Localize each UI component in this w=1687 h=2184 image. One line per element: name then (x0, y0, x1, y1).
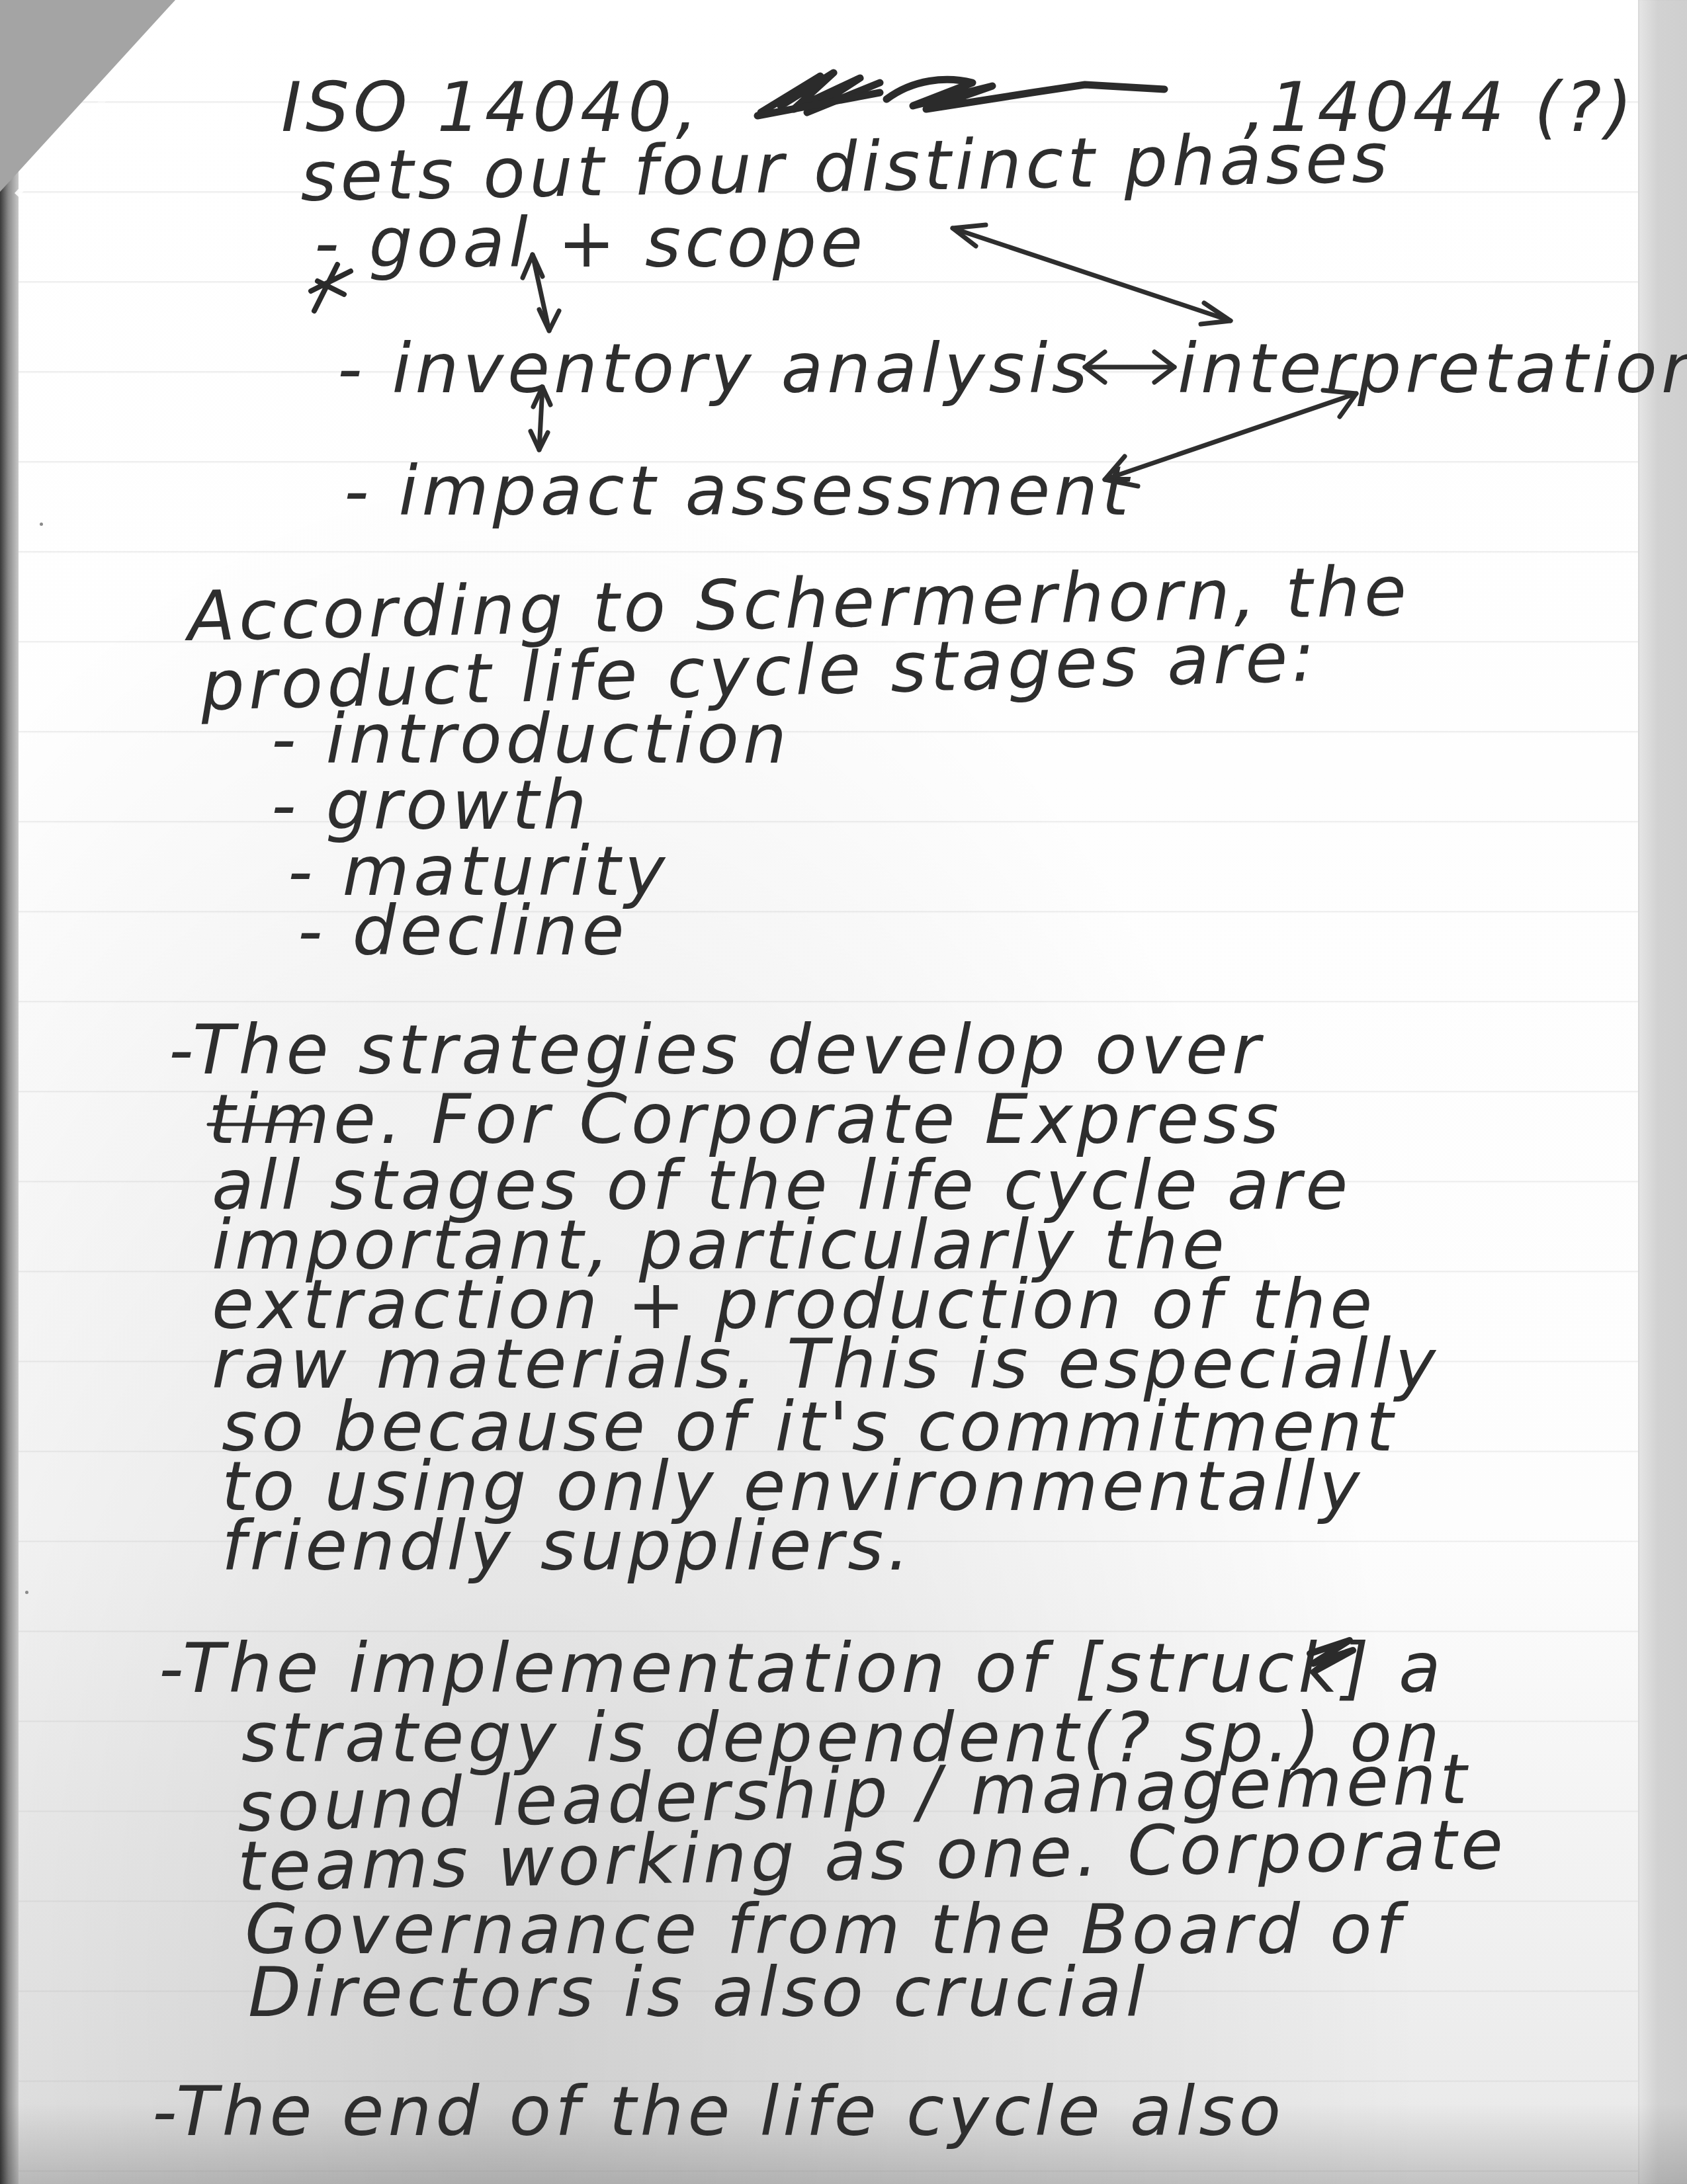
strategies-line-9: friendly suppliers. (222, 1511, 914, 1580)
phase-interpretation: interpretation (1178, 334, 1687, 403)
stage-growth: - growth (271, 771, 591, 839)
phase-impact-assessment: - impact assessment (344, 456, 1133, 525)
paper-speck (25, 1591, 28, 1594)
phase-inventory-analysis: - inventory analysis (337, 334, 1092, 403)
stage-decline: - decline (298, 896, 628, 965)
folded-corner (0, 0, 175, 192)
implementation-line-4: teams working as one. Corporate (237, 1810, 1508, 1901)
stage-introduction: - introduction (271, 704, 791, 773)
implementation-line-1: -The implementation of [struck] a (159, 1634, 1445, 1702)
end-line-1: -The end of the life cycle also (152, 2077, 1285, 2146)
strategies-line-1: -The strategies develop over (169, 1015, 1264, 1084)
implementation-line-6: Directors is also crucial (248, 1958, 1149, 2027)
strategies-line-2: time. For Corporate Express (208, 1085, 1283, 1154)
page-left-edge (0, 0, 19, 2184)
iso-line2: sets out four distinct phases (300, 123, 1392, 211)
paper-speck (40, 523, 43, 526)
phase-goal-scope: - goal + scope (314, 208, 867, 277)
